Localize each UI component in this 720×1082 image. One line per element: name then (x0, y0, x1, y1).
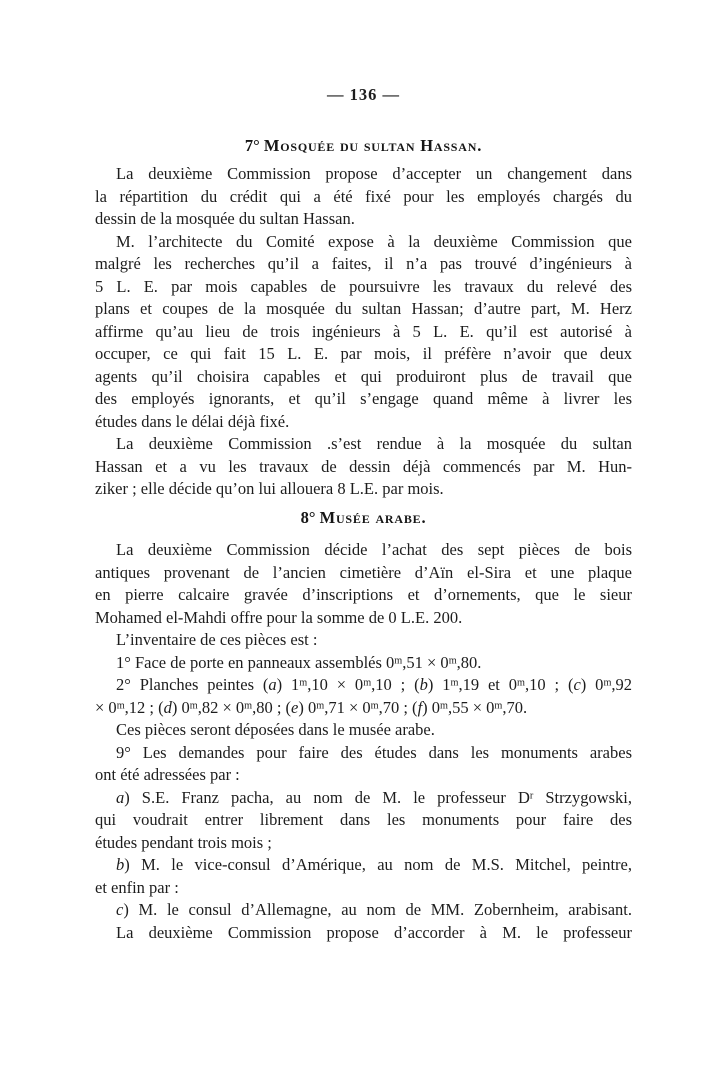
paragraph: L’inventaire de ces pièces est : (95, 629, 632, 652)
section-heading: 8° Musée arabe. (95, 507, 632, 530)
document-content: — 136 — 7° Mosquée du sultan Hassan.La d… (95, 84, 632, 944)
text-line: La deuxième Commission propose d’accorde… (95, 922, 632, 945)
text-line: ont été adressées par : (95, 764, 632, 787)
text-line: Mohamed el-Mahdi offre pour la somme de … (95, 607, 632, 630)
paragraph: La deuxième Commission décide l’achat de… (95, 539, 632, 629)
text-line: c) M. le consul d’Allemagne, au nom de M… (95, 899, 632, 922)
paragraph: M. l’architecte du Comité expose à la de… (95, 231, 632, 434)
text-line: plans et coupes de la mosquée du sultan … (95, 298, 632, 321)
text-line: b) M. le vice-consul d’Amérique, au nom … (95, 854, 632, 877)
text-line: qui voudrait entrer librement dans les m… (95, 809, 632, 832)
paragraph: a) S.E. Franz pacha, au nom de M. le pro… (95, 787, 632, 855)
text-line: malgré les recherches qu’il a faites, il… (95, 253, 632, 276)
section-heading: 7° Mosquée du sultan Hassan. (95, 135, 632, 158)
text-line: études pendant trois mois ; (95, 832, 632, 855)
text-line: 5 L. E. par mois capables de poursuivre … (95, 276, 632, 299)
paragraph: La deuxième Commission propose d’accorde… (95, 922, 632, 945)
text-line: études dans le délai déjà fixé. (95, 411, 632, 434)
text-line: ziker ; elle décide qu’on lui allouera 8… (95, 478, 632, 501)
text-line: affirme qu’au lieu de trois ingénieurs à… (95, 321, 632, 344)
text-line: occuper, ce qui fait 15 L. E. par mois, … (95, 343, 632, 366)
paragraph: c) M. le consul d’Allemagne, au nom de M… (95, 899, 632, 922)
text-line: La deuxième Commission propose d’accepte… (95, 163, 632, 186)
text-line: La deuxième Commission décide l’achat de… (95, 539, 632, 562)
paragraph: b) M. le vice-consul d’Amérique, au nom … (95, 854, 632, 899)
text-line: M. l’architecte du Comité expose à la de… (95, 231, 632, 254)
section-title: Musée arabe. (320, 508, 427, 527)
paragraph: La deuxième Commission .s’est rendue à l… (95, 433, 632, 501)
text-line: Hassan et a vu les travaux de dessin déj… (95, 456, 632, 479)
page-number: — 136 — (95, 84, 632, 107)
text-line: en pierre calcaire gravée d’inscriptions… (95, 584, 632, 607)
text-line: et enfin par : (95, 877, 632, 900)
text-line: L’inventaire de ces pièces est : (95, 629, 632, 652)
text-line: La deuxième Commission .s’est rendue à l… (95, 433, 632, 456)
text-line: Ces pièces seront déposées dans le musée… (95, 719, 632, 742)
paragraph: 1° Face de porte en panneaux assemblés 0… (95, 652, 632, 675)
text-line: dessin de la mosquée du sultan Hassan. (95, 208, 632, 231)
text-line: a) S.E. Franz pacha, au nom de M. le pro… (95, 787, 632, 810)
section-title: Mosquée du sultan Hassan. (264, 136, 482, 155)
paragraph: Ces pièces seront déposées dans le musée… (95, 719, 632, 742)
document-page: — 136 — 7° Mosquée du sultan Hassan.La d… (0, 0, 720, 1082)
text-line: des employés ignorants, et qu’il s’engag… (95, 388, 632, 411)
section-number: 7° (245, 136, 264, 155)
text-line: × 0m,12 ; (d) 0m,82 × 0m,80 ; (e) 0m,71 … (95, 697, 632, 720)
paragraph: 2° Planches peintes (a) 1m,10 × 0m,10 ; … (95, 674, 632, 719)
text-line: agents qu’il choisira capables et qui pr… (95, 366, 632, 389)
text-line: 9° Les demandes pour faire des études da… (95, 742, 632, 765)
text-line: antiques provenant de l’ancien cimetière… (95, 562, 632, 585)
paragraph: La deuxième Commission propose d’accepte… (95, 163, 632, 231)
text-line: 2° Planches peintes (a) 1m,10 × 0m,10 ; … (95, 674, 632, 697)
text-line: la répartition du crédit qui a été fixé … (95, 186, 632, 209)
paragraph: 9° Les demandes pour faire des études da… (95, 742, 632, 787)
text-line: 1° Face de porte en panneaux assemblés 0… (95, 652, 632, 675)
section-number: 8° (301, 508, 320, 527)
